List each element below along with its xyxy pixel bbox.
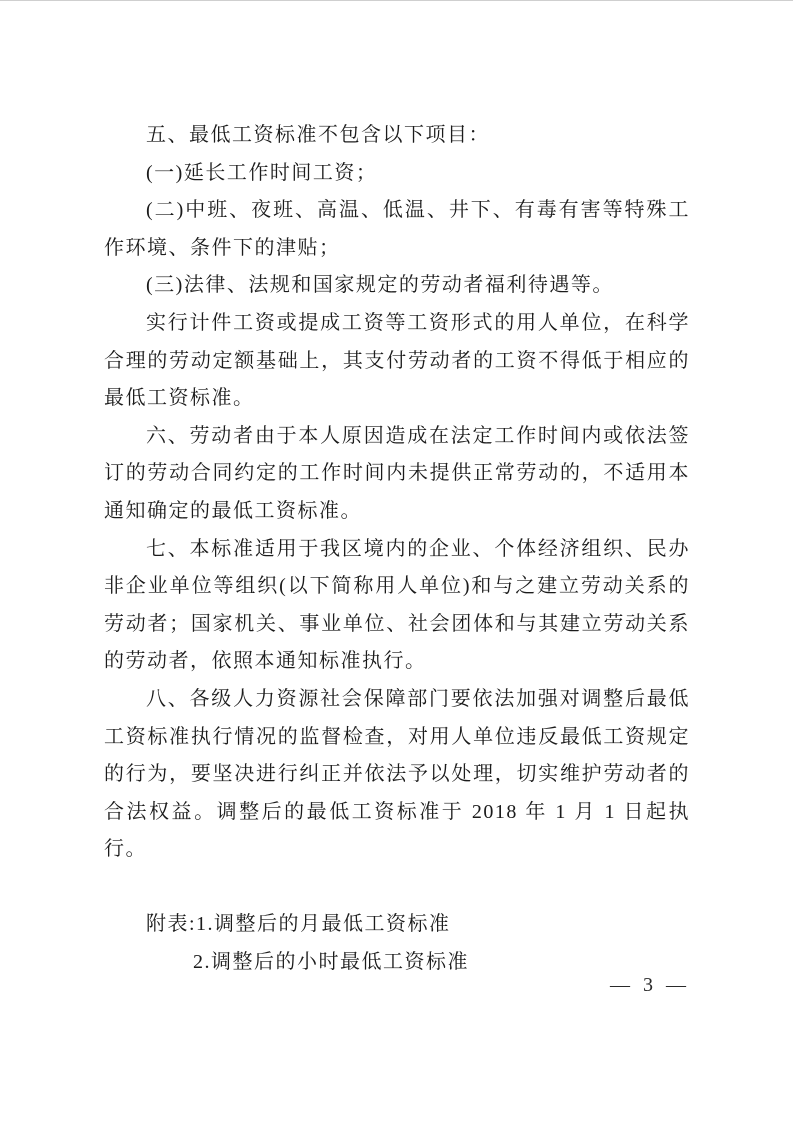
clause-5-item-3: (三)法律、法规和国家规定的劳动者福利待遇等。 [104,267,690,305]
scan-edge-line [0,0,793,1]
page-number: — 3 — [0,969,690,1001]
clause-7-paragraph: 七、本标准适用于我区境内的企业、个体经济组织、民办非企业单位等组织(以下简称用人… [104,531,690,681]
clause-5-item-1: (一)延长工作时间工资； [104,155,690,193]
document-page: 五、最低工资标准不包含以下项目： (一)延长工作时间工资； (二)中班、夜班、高… [0,0,793,1122]
piece-rate-paragraph: 实行计件工资或提成工资等工资形式的用人单位，在科学合理的劳动定额基础上，其支付劳… [104,305,690,418]
clause-5-heading: 五、最低工资标准不包含以下项目： [104,117,690,155]
clause-8-paragraph: 八、各级人力资源社会保障部门要依法加强对调整后最低工资标准执行情况的监督检查，对… [104,681,690,869]
clause-6-paragraph: 六、劳动者由于本人原因造成在法定工作时间内或依法签订的劳动合同约定的工作时间内未… [104,418,690,531]
document-body: 五、最低工资标准不包含以下项目： (一)延长工作时间工资； (二)中班、夜班、高… [104,117,690,982]
attachment-line-1: 附表:1.调整后的月最低工资标准 [104,906,690,944]
clause-5-item-2: (二)中班、夜班、高温、低温、井下、有毒有害等特殊工作环境、条件下的津贴； [104,192,690,267]
